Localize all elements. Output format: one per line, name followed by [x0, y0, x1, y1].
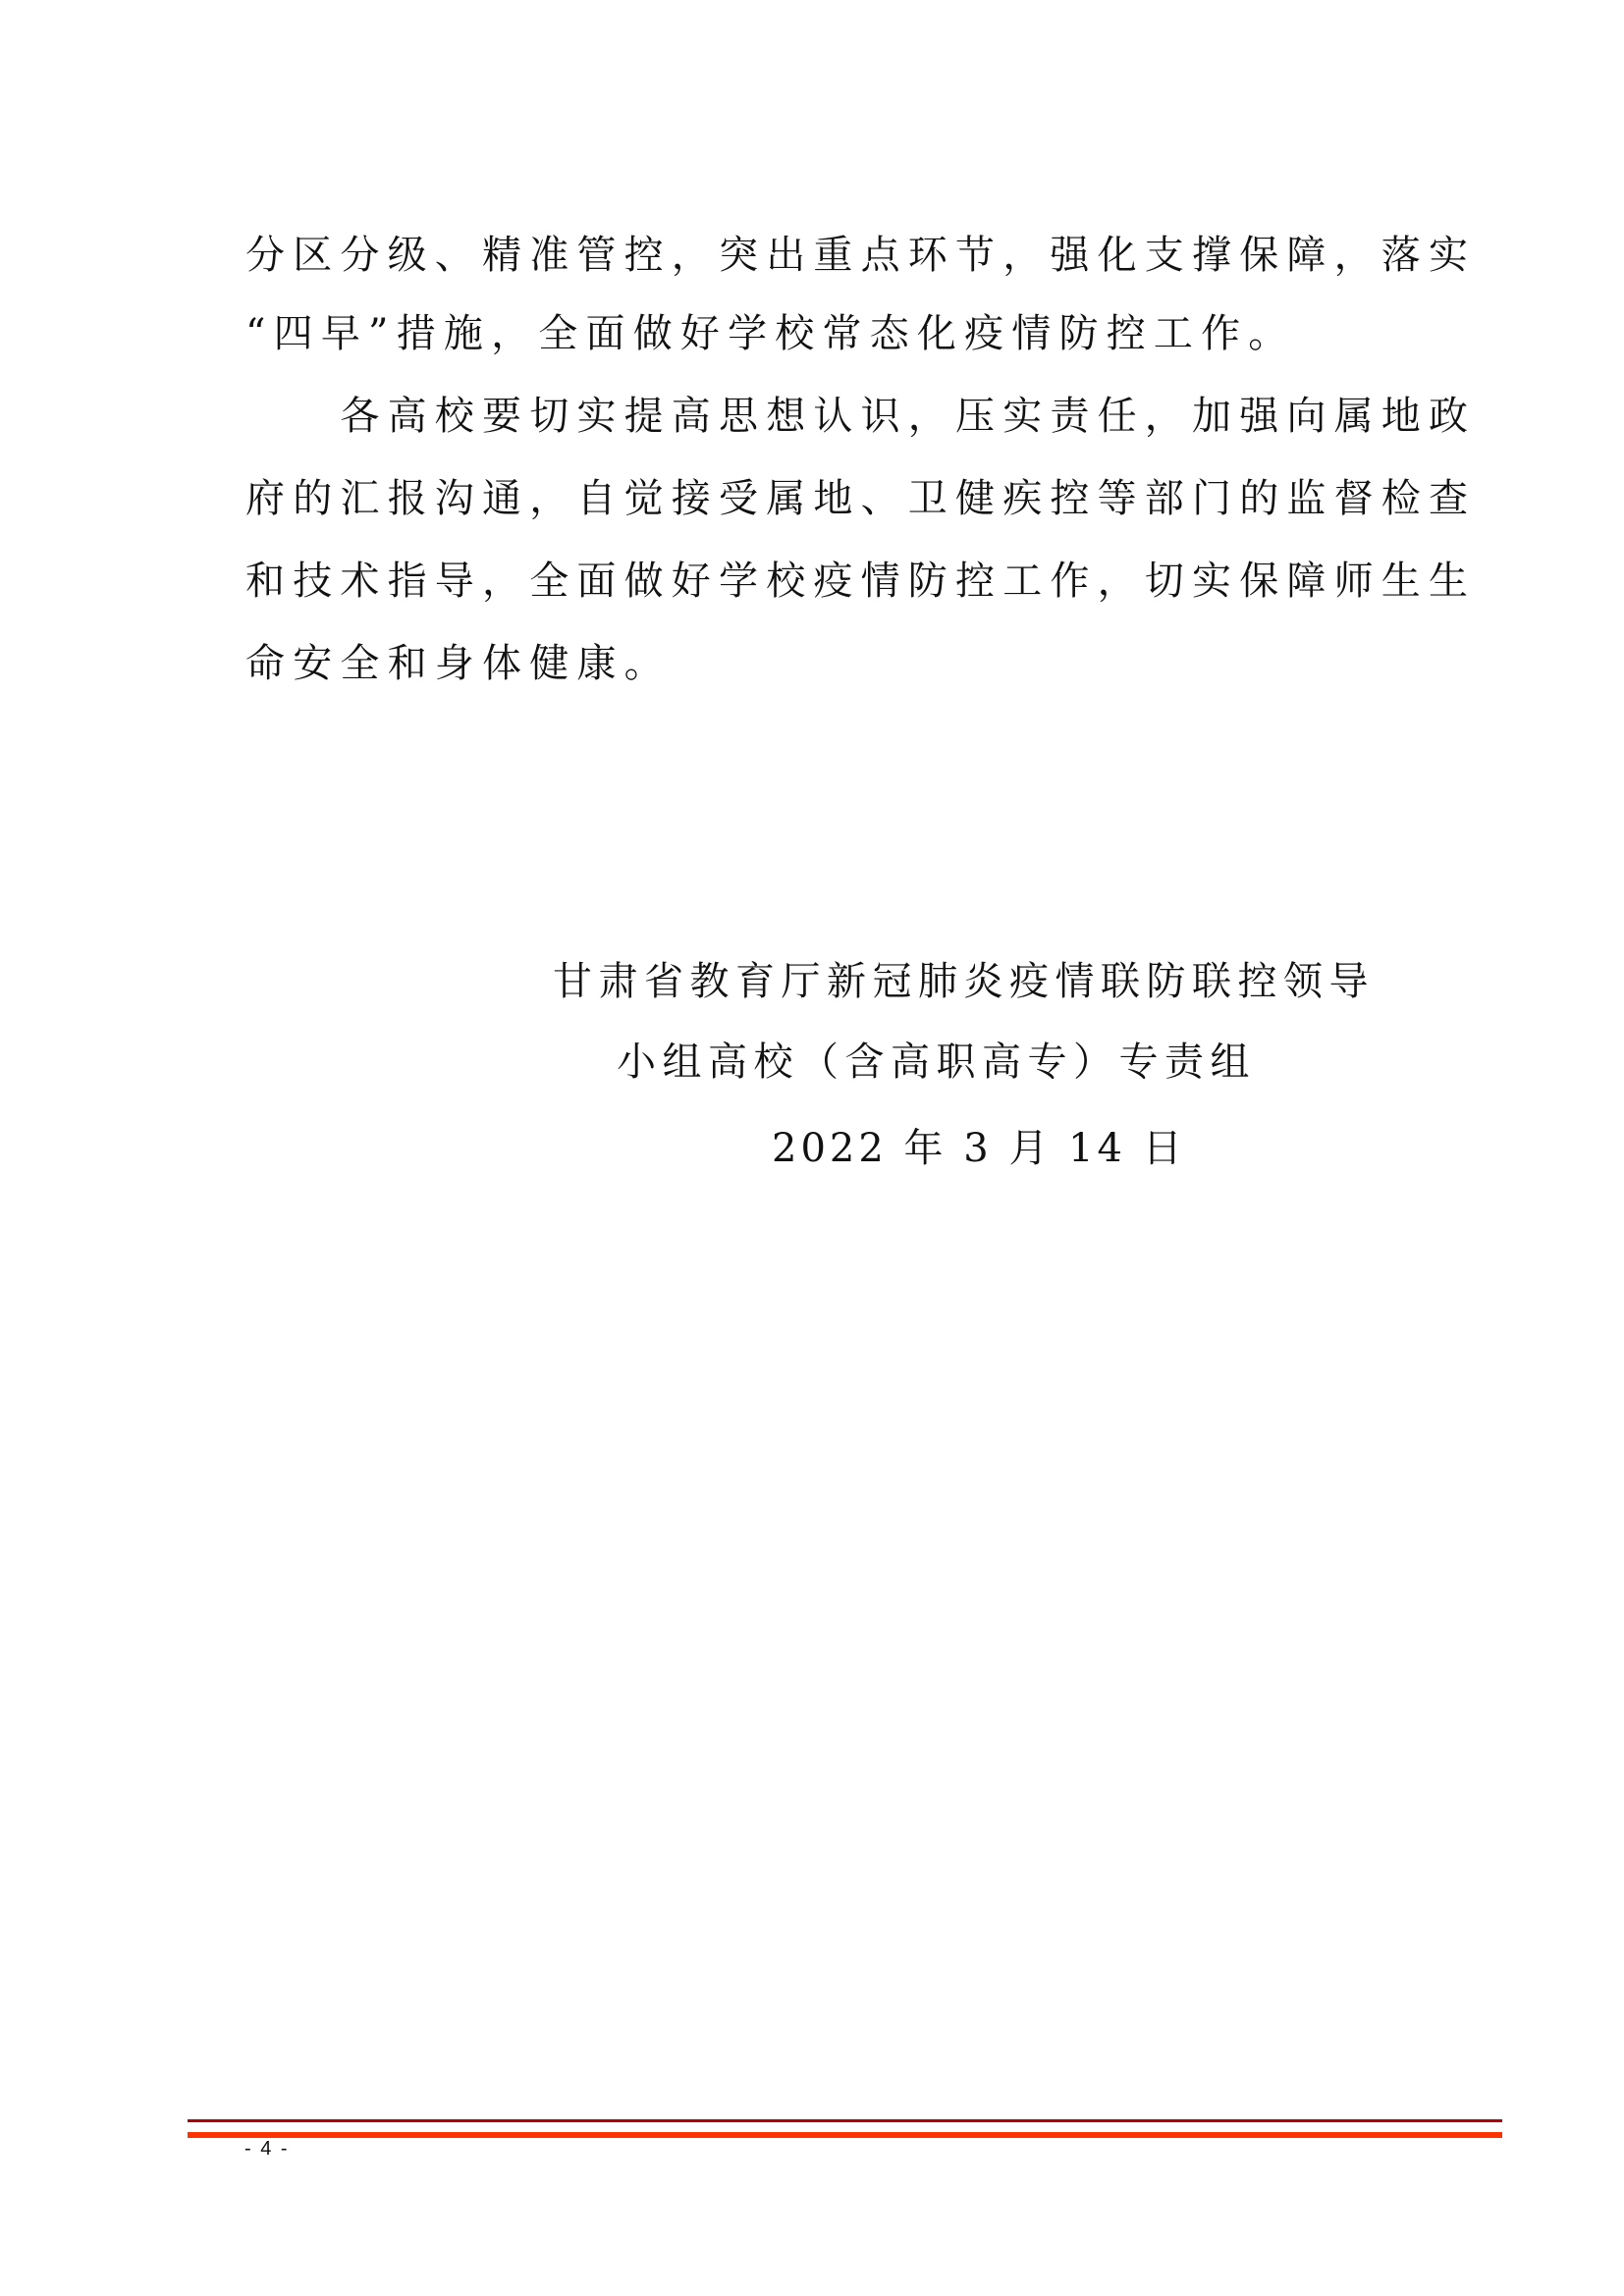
- body-line-4: 府的汇报沟通，自觉接受属地、卫健疾控等部门的监督检查: [245, 469, 1476, 528]
- body-line-1: 分区分级、精准管控，突出重点环节，强化支撑保障，落实: [245, 226, 1476, 285]
- footer-rule-dark: [188, 2119, 1502, 2122]
- body-line-2: “四早”措施，全面做好学校常态化疫情防控工作。: [245, 304, 1296, 363]
- body-line-3: 各高校要切实提高思想认识，压实责任，加强向属地政: [245, 387, 1476, 446]
- signature-date: 2022 年 3 月 14 日: [772, 1119, 1186, 1178]
- signature-organization-line-1: 甘肃省教育厅新冠肺炎疫情联防联控领导: [553, 952, 1375, 1011]
- body-line-5: 和技术指导，全面做好学校疫情防控工作，切实保障师生生: [245, 552, 1476, 611]
- page-number: - 4 -: [244, 2138, 290, 2160]
- footer-rule-accent: [188, 2132, 1502, 2138]
- body-line-6: 命安全和身体健康。: [245, 634, 672, 693]
- document-page: 分区分级、精准管控，突出重点环节，强化支撑保障，落实 “四早”措施，全面做好学校…: [0, 0, 1624, 2296]
- signature-organization-line-2: 小组高校（含高职高专）专责组: [617, 1033, 1256, 1092]
